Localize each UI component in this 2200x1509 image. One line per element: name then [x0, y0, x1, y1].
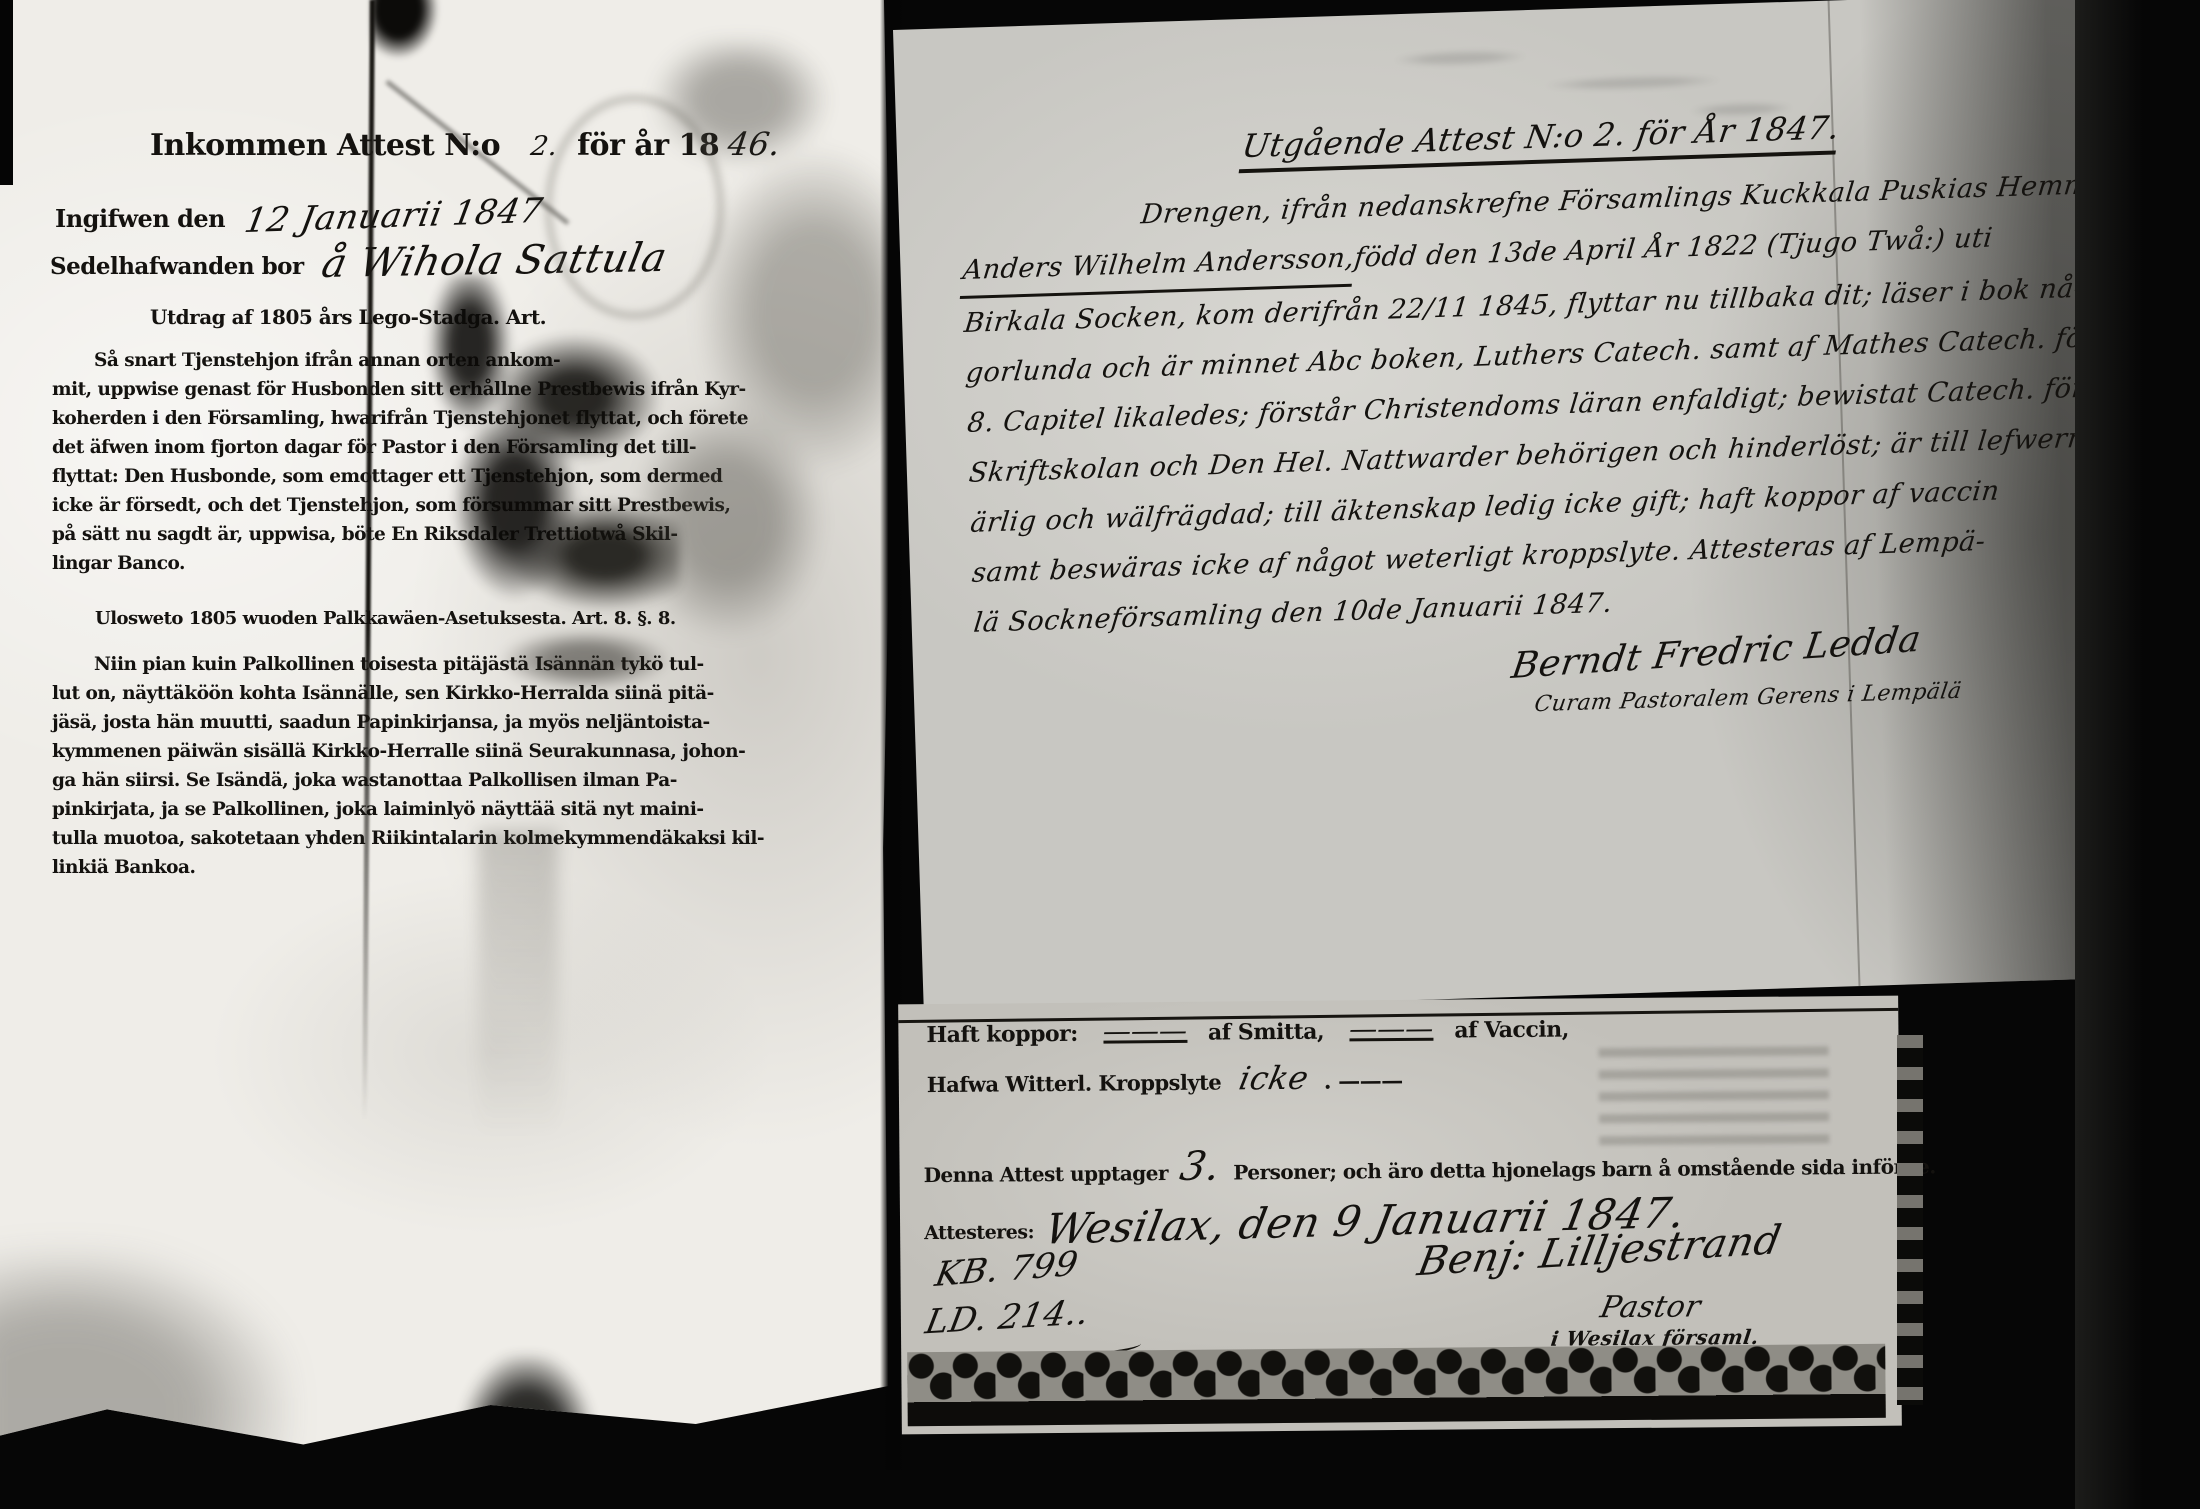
finnish-extract-body: Niin pian kuin Palkollinen toisesta pitä… [52, 650, 764, 882]
header-printed-prefix: Inkommen Attest N:o [150, 128, 500, 163]
text-line: ga hän siirsi. Se Isändä, joka wastanott… [52, 766, 764, 795]
text-line: icke är försedt, och det Tjenstehjon, so… [52, 491, 748, 520]
header-printed-mid: för år 18 [577, 128, 719, 163]
attested-label: Attesteres: [924, 1221, 1034, 1244]
text-line: Niin pian kuin Palkollinen toisesta pitä… [52, 650, 764, 679]
bottom-tear-mark [462, 1355, 592, 1465]
persons-prefix: Denna Attest upptager [924, 1161, 1169, 1187]
swedish-extract-body: Så snart Tjenstehjon ifrån annan orten a… [52, 346, 748, 578]
pox-end: af Vaccin, [1454, 1017, 1569, 1044]
text-line: lingar Banco. [52, 549, 748, 578]
edge-sliver [0, 0, 13, 185]
scan-right-edge [2075, 0, 2200, 1509]
persons-suffix: Personer; och äro detta hjonelags barn å… [1233, 1154, 1936, 1184]
header-year-handwritten: 46. [728, 125, 780, 163]
text-line: pinkirjata, ja se Palkollinen, joka laim… [52, 795, 764, 824]
archival-scan: Inkommen Attest N:o 2. för år 18 46. Ing… [0, 0, 2200, 1509]
curate-signature: Berndt Fredric Ledda [1512, 626, 1920, 680]
bottom-fragment-page: Haft koppor: ——— af Smitta, ——— af Vacci… [898, 996, 1902, 1435]
pastor-role: Pastor [1601, 1289, 1701, 1325]
ref-number-1: KB. 799 [936, 1249, 1077, 1290]
resides-row: Sedelhafwanden bor å Wihola Sattula [50, 238, 665, 284]
received-value-handwritten: 12 Januarii 1847 [246, 196, 541, 236]
defect-dash: . ——— [1324, 1068, 1403, 1095]
pox-entry-1: ——— [1103, 1023, 1187, 1044]
pox-label: Haft koppor: [926, 1021, 1078, 1048]
attest-body: Drengen, ifrån nedanskrefne Församlings … [960, 157, 2200, 648]
text-line: flyttat: Den Husbonde, som emottager ett… [52, 462, 748, 491]
pox-entry-2: ——— [1349, 1021, 1433, 1042]
text-line: jäsä, josta hän muutti, saadun Papinkirj… [52, 708, 764, 737]
text-line: det äfwen inom fjorton dagar för Pastor … [52, 433, 748, 462]
perforation-strip [1897, 1035, 1923, 1405]
finnish-extract-heading: Ulosweto 1805 wuoden Palkkawäen-Asetukse… [95, 608, 676, 629]
swedish-extract-heading: Utdrag af 1805 års Lego-Stadga. Art. [150, 305, 546, 329]
defect-label: Hafwa Witterl. Kroppslyte [927, 1070, 1222, 1098]
text-line: på sätt nu sagdt är, uppwisa, böte En Ri… [52, 520, 748, 549]
left-page: Inkommen Attest N:o 2. för år 18 46. Ing… [0, 0, 892, 1462]
pox-mid: af Smitta, [1208, 1019, 1324, 1046]
persons-count-handwritten: 3. [1181, 1144, 1221, 1190]
faded-print-block [1599, 1046, 1830, 1148]
text-line: koherden i den Församling, hwarifrån Tje… [52, 404, 748, 433]
text-line: lut on, näyttäköön kohta Isännälle, sen … [52, 679, 764, 708]
text-line: Så snart Tjenstehjon ifrån annan orten a… [52, 346, 748, 375]
ref-number-2: LD. 214.. [927, 1297, 1089, 1338]
defect-row: Hafwa Witterl. Kroppslyte icke . ——— [927, 1058, 1403, 1100]
lace-border [907, 1344, 1886, 1427]
received-row: Ingifwen den 12 Januarii 1847 [55, 196, 542, 236]
left-header: Inkommen Attest N:o 2. för år 18 46. [150, 125, 781, 163]
header-number-handwritten: 2. [531, 131, 558, 162]
persons-row: Denna Attest upptager 3. Personer; och ä… [923, 1137, 1936, 1192]
attest-title: Utgående Attest N:o 2. för År 1847. [1241, 108, 1839, 173]
ink-smudge [372, 0, 438, 58]
resides-label: Sedelhafwanden bor [50, 253, 304, 280]
text-line: mit, uppwise genast för Husbonden sitt e… [52, 375, 748, 404]
text-line: tulla muotoa, sakotetaan yhden Riikintal… [52, 824, 764, 853]
resides-value-handwritten: å Wihola Sattula [323, 238, 666, 284]
received-label: Ingifwen den [55, 204, 225, 233]
pastor-signature: Benj: Lilljestrand [1420, 1227, 1779, 1276]
text-line: kymmenen päiwän sisällä Kirkko-Herralle … [52, 737, 764, 766]
pox-row: Haft koppor: ——— af Smitta, ——— af Vacci… [926, 1017, 1569, 1049]
defect-value-handwritten: icke [1240, 1059, 1309, 1098]
corner-shadow [0, 1250, 290, 1480]
right-page: Utgående Attest N:o 2. för År 1847. Dren… [893, 0, 2109, 1016]
text-line: linkiä Bankoa. [52, 853, 764, 882]
